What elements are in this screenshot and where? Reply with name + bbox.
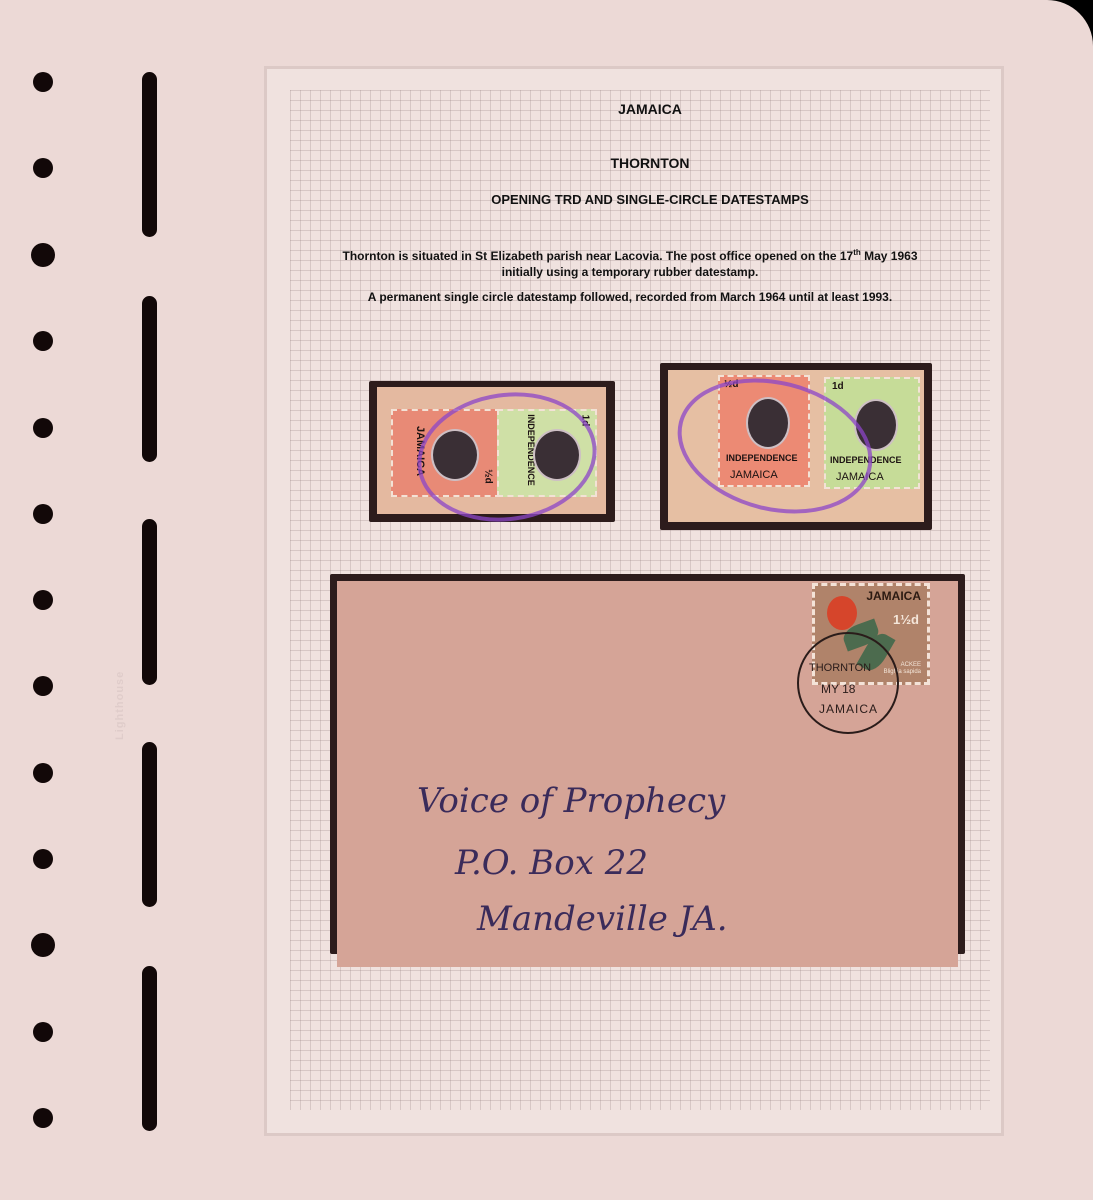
stamp-value: 1d bbox=[832, 381, 844, 392]
town-heading: THORNTON bbox=[290, 155, 1010, 171]
binder-hole bbox=[33, 1022, 53, 1042]
country-heading: JAMAICA bbox=[290, 101, 1010, 117]
single-circle-datestamp: THORNTON MY 18 JAMAICA bbox=[797, 632, 899, 734]
page-subtitle: OPENING TRD AND SINGLE-CIRCLE DATESTAMPS bbox=[290, 192, 1010, 207]
binder-hole bbox=[33, 504, 53, 524]
address-line-2: P.O. Box 22 bbox=[455, 843, 648, 883]
page-watermark: Lighthouse bbox=[114, 520, 154, 740]
description-paragraph-1: Thornton is situated in St Elizabeth par… bbox=[330, 245, 930, 280]
p1-text-a: Thornton is situated in St Elizabeth par… bbox=[342, 249, 853, 263]
address-line-1: Voice of Prophecy bbox=[417, 781, 725, 821]
binder-hole bbox=[33, 158, 53, 178]
binder-hole bbox=[31, 243, 55, 267]
album-page: Lighthouse JAMAICA THORNTON OPENING TRD … bbox=[0, 0, 1093, 1200]
description-paragraph-2: A permanent single circle datestamp foll… bbox=[330, 290, 930, 304]
p1-superscript: th bbox=[853, 248, 861, 257]
cds-date: MY 18 bbox=[821, 682, 855, 696]
stamp-value: 1½d bbox=[893, 612, 919, 627]
cds-country: JAMAICA bbox=[819, 702, 878, 716]
address-line-3: Mandeville JA. bbox=[477, 899, 728, 939]
binder-slot bbox=[142, 296, 157, 462]
binder-hole bbox=[33, 849, 53, 869]
ackee-fruit bbox=[827, 596, 857, 630]
binder-hole bbox=[31, 933, 55, 957]
cds-town: THORNTON bbox=[809, 662, 871, 674]
binder-hole bbox=[33, 763, 53, 783]
binder-slot bbox=[142, 966, 157, 1131]
binder-hole bbox=[33, 331, 53, 351]
binder-hole bbox=[33, 1108, 53, 1128]
stamp-mount-2: ½d INDEPENDENCE JAMAICA 1d INDEPENDENCE … bbox=[660, 363, 932, 530]
binder-hole bbox=[33, 72, 53, 92]
binder-slot bbox=[142, 742, 157, 907]
binder-slot bbox=[142, 72, 157, 237]
binder-hole bbox=[33, 676, 53, 696]
binder-hole bbox=[33, 418, 53, 438]
stamp-country: JAMAICA bbox=[866, 589, 921, 603]
caption-common-name: ACKEE bbox=[901, 662, 921, 668]
stamp-mount-1: JAMAICA ½d INDEPENDENCE 1d bbox=[369, 381, 615, 522]
binder-hole bbox=[33, 590, 53, 610]
